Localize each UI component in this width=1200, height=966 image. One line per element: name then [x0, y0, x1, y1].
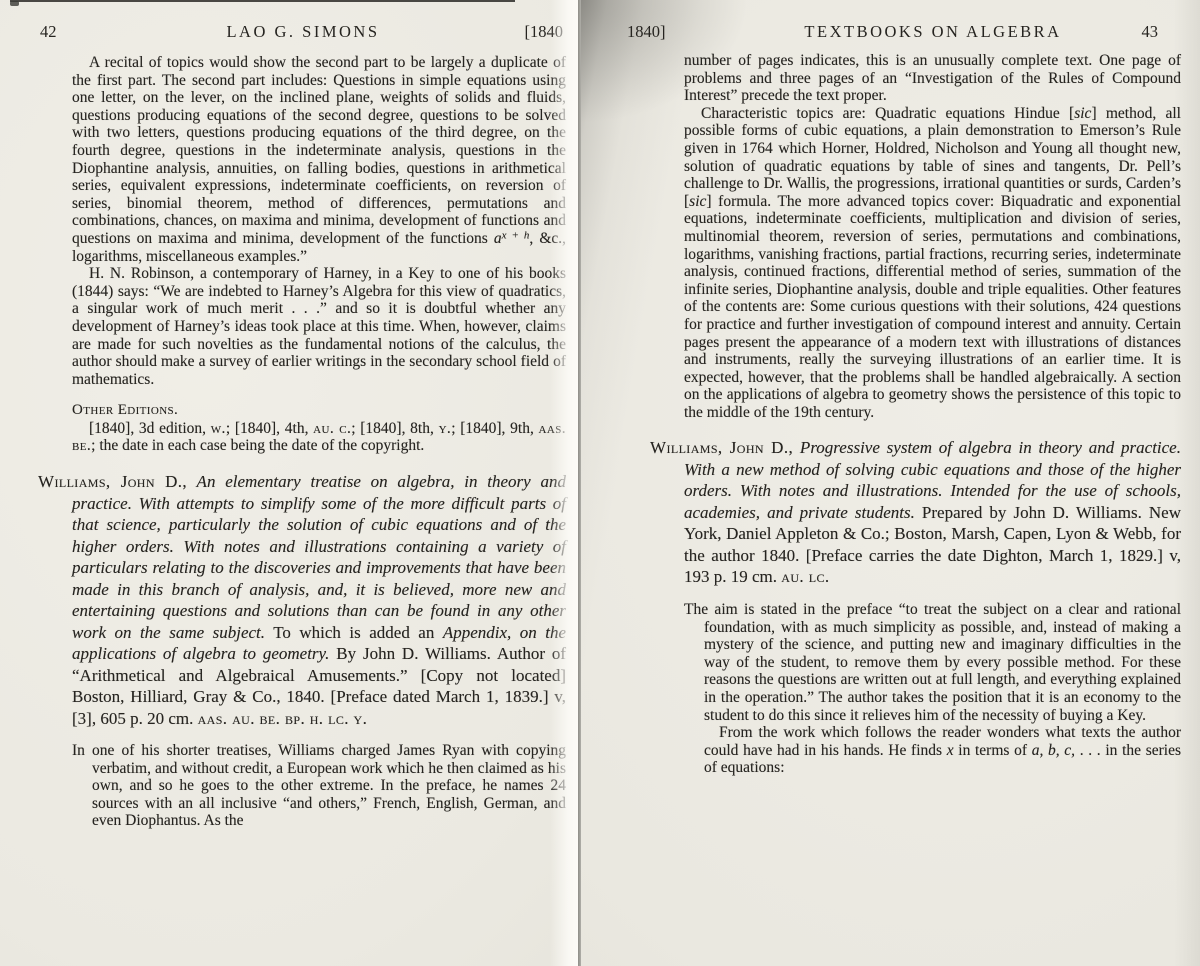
scan-artifact-blot — [10, 1, 19, 6]
book-spread: 42 LAO G. SIMONS [1840 A recital of topi… — [0, 0, 1200, 966]
paragraph: Characteristic topics are: Quadratic equ… — [684, 105, 1181, 422]
running-title: LAO G. SIMONS — [226, 22, 379, 42]
bibliography-entry: Williams, John D., Progressive system of… — [650, 437, 1181, 588]
page-number: 42 — [40, 22, 57, 42]
bracket-date: 1840] — [627, 22, 666, 42]
bibliography-entry: Williams, John D., An elementary treatis… — [38, 471, 566, 729]
right-page-header: 1840] TEXTBOOKS ON ALGEBRA 43 — [581, 22, 1200, 44]
right-page: 1840] TEXTBOOKS ON ALGEBRA 43 number of … — [581, 0, 1200, 966]
page-number: 43 — [1142, 22, 1159, 42]
paragraph: [1840], 3d edition, w.; [1840], 4th, au.… — [72, 420, 566, 455]
running-title: TEXTBOOKS ON ALGEBRA — [804, 22, 1061, 42]
left-page-text: A recital of topics would show the secon… — [72, 54, 566, 830]
paragraph: number of pages indicates, this is an un… — [684, 52, 1181, 105]
note-paragraph: The aim is stated in the preface “to tre… — [684, 601, 1181, 724]
scan-artifact-line — [10, 0, 515, 2]
right-page-text: number of pages indicates, this is an un… — [684, 52, 1181, 777]
left-page-header: 42 LAO G. SIMONS [1840 — [0, 22, 581, 44]
note-paragraph: In one of his shorter treatises, William… — [72, 742, 566, 830]
page-edge-highlight — [550, 0, 578, 966]
note-paragraph: From the work which follows the reader w… — [684, 724, 1181, 777]
left-page: 42 LAO G. SIMONS [1840 A recital of topi… — [0, 0, 581, 966]
section-heading: Other Editions. — [72, 402, 566, 420]
paragraph: A recital of topics would show the secon… — [72, 54, 566, 265]
paragraph: H. N. Robinson, a contemporary of Harney… — [72, 265, 566, 388]
